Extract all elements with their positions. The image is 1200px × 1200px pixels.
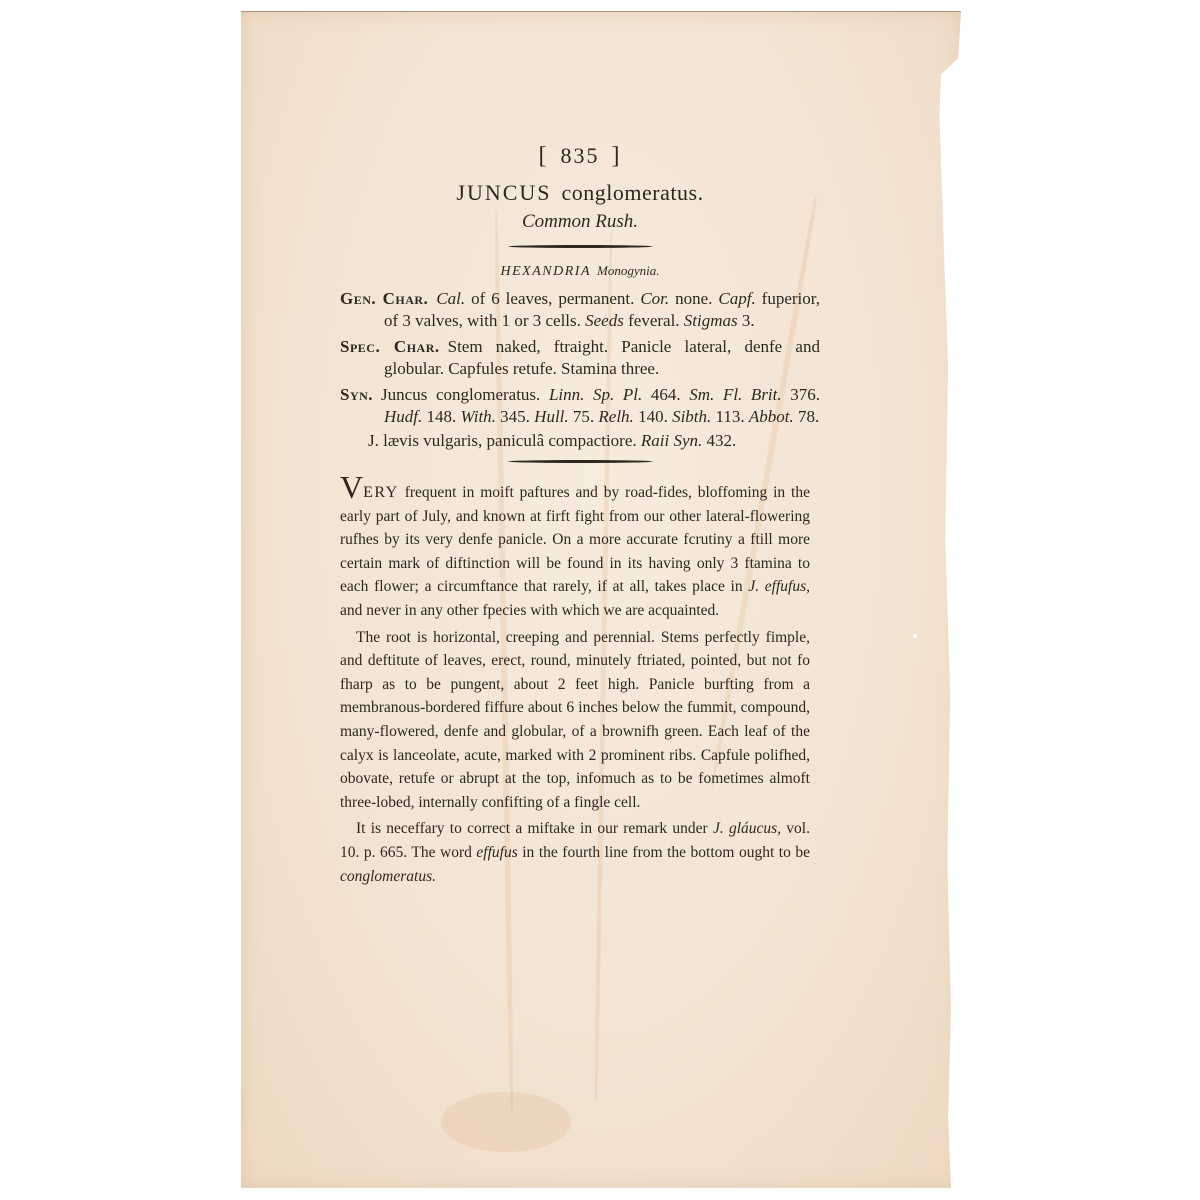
water-stain: [441, 1092, 571, 1152]
gen-char-text: Cal. of 6 leaves, permanent. Cor. none. …: [384, 289, 820, 330]
genus-name: JUNCUS: [456, 180, 551, 205]
linnaean-classification: HEXANDRIAMonogynia.: [340, 263, 820, 280]
paragraph-1-text: frequent in moift paftures and by road-f…: [340, 484, 810, 619]
common-name: Common Rush.: [340, 211, 820, 233]
paragraph-3: It is neceffary to correct a miftake in …: [340, 817, 810, 888]
generic-character: Gen. Char.Cal. of 6 leaves, permanent. C…: [340, 288, 820, 332]
description-body: VERYfrequent in moift paftures and by ro…: [340, 477, 810, 888]
small-caps-lead: ERY: [363, 484, 399, 501]
species-name: conglomeratus.: [562, 180, 704, 205]
synonyms: Syn.Juncus conglomeratus. Linn. Sp. Pl. …: [340, 384, 820, 428]
syn-sub-text: J. lævis vulgaris, paniculâ compactiore.…: [368, 431, 736, 450]
divider-rule: [508, 460, 653, 463]
bracket-open: [: [539, 143, 549, 169]
spec-char-text: Stem naked, ftraight. Panicle lateral, d…: [384, 337, 820, 378]
class-name: HEXANDRIA: [501, 264, 591, 279]
paragraph-1: VERYfrequent in moift paftures and by ro…: [340, 477, 810, 623]
pin-hole: [913, 634, 917, 638]
bracket-close: ]: [612, 143, 622, 169]
drop-cap: V: [340, 469, 363, 505]
divider-rule: [508, 245, 653, 248]
order-name: Monogynia.: [597, 263, 659, 278]
characters-section: Gen. Char.Cal. of 6 leaves, permanent. C…: [340, 288, 820, 452]
synonym-ray: J. lævis vulgaris, paniculâ compactiore.…: [340, 430, 820, 452]
paragraph-3-text: It is neceffary to correct a miftake in …: [340, 820, 810, 884]
specific-character: Spec. Char.Stem naked, ftraight. Panicle…: [340, 336, 820, 380]
paragraph-2: The root is horizontal, creeping and per…: [340, 626, 810, 815]
gen-char-label: Gen. Char.: [340, 289, 428, 308]
species-title: JUNCUSconglomeratus.: [340, 180, 820, 206]
syn-label: Syn.: [340, 385, 373, 404]
page-number-value: 835: [549, 143, 612, 168]
syn-text: Juncus conglomeratus. Linn. Sp. Pl. 464.…: [381, 385, 820, 426]
page-number: [835]: [340, 143, 820, 170]
spec-char-label: Spec. Char.: [340, 337, 440, 356]
page-content: [835] JUNCUSconglomeratus. Common Rush. …: [340, 130, 820, 888]
